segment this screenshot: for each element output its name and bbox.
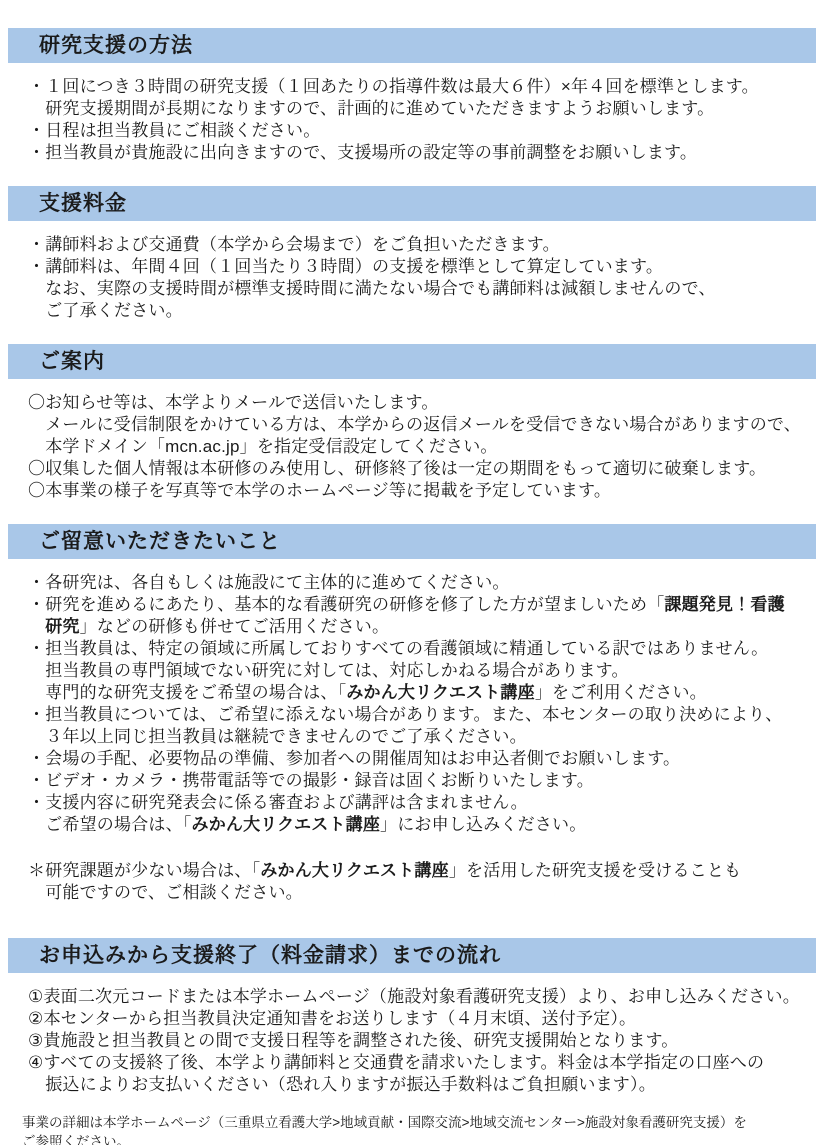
text-segment: 振込によりお支払いください（恐れ入りますが振込手数料はご負担願います）。 bbox=[28, 1075, 656, 1094]
text-segment: なお、実際の支援時間が標準支援時間に満たない場合でも講師料は減額しませんので、 bbox=[28, 279, 716, 298]
text-segment: ①表面二次元コードまたは本学ホームページ（施設対象看護研究支援）より、お申し込み… bbox=[28, 987, 800, 1006]
text-segment: ・支援内容に研究発表会に係る審査および講評は含まれません。 bbox=[28, 793, 528, 812]
bold-text-segment: みかん大リクエスト講座 bbox=[260, 861, 449, 880]
text-segment: 研究支援期間が長期になりますので、計画的に進めていただきますようお願いします。 bbox=[28, 99, 714, 118]
bold-text-segment: 課題発見！看護 bbox=[664, 595, 784, 614]
section-body: ・各研究は、各自もしくは施設にて主体的に進めてください。・研究を進めるにあたり、… bbox=[28, 572, 816, 904]
text-line: ・支援内容に研究発表会に係る審査および講評は含まれません。 bbox=[28, 792, 816, 814]
text-segment: 〇本事業の様子を写真等で本学のホームページ等に掲載を予定しています。 bbox=[28, 481, 611, 500]
text-line: ・担当教員は、特定の領域に所属しておりすべての看護領域に精通している訳ではありま… bbox=[28, 638, 816, 660]
text-line: ・担当教員が貴施設に出向きますので、支援場所の設定等の事前調整をお願いします。 bbox=[28, 142, 816, 164]
section-support-fee: 支援料金 ・講師料および交通費（本学から会場まで）をご負担いただきます。・講師料… bbox=[0, 186, 816, 322]
section-application-flow: お申込みから支援終了（料金請求）までの流れ ①表面二次元コードまたは本学ホームペ… bbox=[0, 938, 816, 1096]
text-segment: ④すべての支援終了後、本学より講師料と交通費を請求いたします。料金は本学指定の口… bbox=[28, 1053, 764, 1072]
text-segment: 可能ですので、ご相談ください。 bbox=[28, 883, 303, 902]
section-points-to-note: ご留意いただきたいこと ・各研究は、各自もしくは施設にて主体的に進めてください。… bbox=[0, 524, 816, 904]
footer-line: 事業の詳細は本学ホームページ（三重県立看護大学>地域貢献・国際交流>地域交流セン… bbox=[22, 1113, 816, 1132]
text-segment: ・１回につき３時間の研究支援（１回あたりの指導件数は最大６件）×年４回を標準とし… bbox=[28, 77, 759, 96]
text-line: 研究支援期間が長期になりますので、計画的に進めていただきますようお願いします。 bbox=[28, 98, 816, 120]
footer-note: 事業の詳細は本学ホームページ（三重県立看護大学>地域貢献・国際交流>地域交流セン… bbox=[22, 1113, 816, 1145]
text-segment: ご希望の場合は、「 bbox=[28, 815, 192, 834]
section-information: ご案内 〇お知らせ等は、本学よりメールで送信いたします。 メールに受信制限をかけ… bbox=[0, 344, 816, 502]
text-line: 〇収集した個人情報は本研修のみ使用し、研修終了後は一定の期間をもって適切に破棄し… bbox=[28, 458, 816, 480]
section-heading-bar: ご案内 bbox=[8, 344, 816, 379]
text-segment: ・講師料および交通費（本学から会場まで）をご負担いただきます。 bbox=[28, 235, 560, 254]
text-line: 担当教員の専門領域でない研究に対しては、対応しかねる場合があります。 bbox=[28, 660, 816, 682]
text-line: ・講師料および交通費（本学から会場まで）をご負担いただきます。 bbox=[28, 234, 816, 256]
text-segment: ・研究を進めるにあたり、基本的な看護研究の研修を修了した方が望ましいため「 bbox=[28, 595, 664, 614]
section-heading: ご留意いただきたいこと bbox=[39, 531, 281, 552]
text-segment: 〇お知らせ等は、本学よりメールで送信いたします。 bbox=[28, 393, 439, 412]
section-research-support-method: 研究支援の方法 ・１回につき３時間の研究支援（１回あたりの指導件数は最大６件）×… bbox=[0, 28, 816, 164]
text-segment: 」などの研修も併せてご活用ください。 bbox=[80, 617, 390, 636]
bold-text-segment: みかん大リクエスト講座 bbox=[346, 683, 535, 702]
text-line: 専門的な研究支援をご希望の場合は、「みかん大リクエスト講座」をご利用ください。 bbox=[28, 682, 816, 704]
text-segment: ・担当教員については、ご希望に添えない場合があります。また、本センターの取り決め… bbox=[28, 705, 782, 724]
text-segment: 〇収集した個人情報は本研修のみ使用し、研修終了後は一定の期間をもって適切に破棄し… bbox=[28, 459, 766, 478]
text-segment: ・各研究は、各自もしくは施設にて主体的に進めてください。 bbox=[28, 573, 510, 592]
text-segment: 」を活用した研究支援を受けることも bbox=[449, 861, 741, 880]
text-line: 本学ドメイン「mcn.ac.jp」を指定受信設定してください。 bbox=[28, 436, 816, 458]
text-segment: 本学ドメイン「mcn.ac.jp」を指定受信設定してください。 bbox=[28, 437, 498, 456]
text-line: なお、実際の支援時間が標準支援時間に満たない場合でも講師料は減額しませんので、 bbox=[28, 278, 816, 300]
text-line: ・講師料は、年間４回（１回当たり３時間）の支援を標準として算定しています。 bbox=[28, 256, 816, 278]
text-segment: ・担当教員は、特定の領域に所属しておりすべての看護領域に精通している訳ではありま… bbox=[28, 639, 768, 658]
section-heading: 研究支援の方法 bbox=[39, 35, 193, 56]
text-line: ②本センターから担当教員決定通知書をお送りします（４月末頃、送付予定）。 bbox=[28, 1008, 816, 1030]
text-segment: ご了承ください。 bbox=[28, 301, 183, 320]
text-segment: 専門的な研究支援をご希望の場合は、「 bbox=[28, 683, 346, 702]
text-segment: ３年以上同じ担当教員は継続できませんのでご了承ください。 bbox=[28, 727, 527, 746]
text-line: ・会場の手配、必要物品の準備、参加者への開催周知はお申込者側でお願いします。 bbox=[28, 748, 816, 770]
section-body: 〇お知らせ等は、本学よりメールで送信いたします。 メールに受信制限をかけている方… bbox=[28, 392, 816, 502]
section-body: ①表面二次元コードまたは本学ホームページ（施設対象看護研究支援）より、お申し込み… bbox=[28, 986, 816, 1096]
section-heading-bar: 支援料金 bbox=[8, 186, 816, 221]
text-segment: メールに受信制限をかけている方は、本学からの返信メールを受信できない場合がありま… bbox=[28, 415, 801, 434]
document-page: 研究支援の方法 ・１回につき３時間の研究支援（１回あたりの指導件数は最大６件）×… bbox=[0, 0, 816, 1145]
section-heading-bar: ご留意いただきたいこと bbox=[8, 524, 816, 559]
text-line: ③貴施設と担当教員との間で支援日程等を調整された後、研究支援開始となります。 bbox=[28, 1030, 816, 1052]
text-line: ご希望の場合は、「みかん大リクエスト講座」にお申し込みください。 bbox=[28, 814, 816, 836]
section-body: ・１回につき３時間の研究支援（１回あたりの指導件数は最大６件）×年４回を標準とし… bbox=[28, 76, 816, 164]
text-line: ３年以上同じ担当教員は継続できませんのでご了承ください。 bbox=[28, 726, 816, 748]
footer-line: ご参照ください。 bbox=[22, 1132, 816, 1145]
text-line: ・担当教員については、ご希望に添えない場合があります。また、本センターの取り決め… bbox=[28, 704, 816, 726]
text-segment: ・講師料は、年間４回（１回当たり３時間）の支援を標準として算定しています。 bbox=[28, 257, 663, 276]
section-heading: 支援料金 bbox=[39, 193, 127, 214]
text-line: 可能ですので、ご相談ください。 bbox=[28, 882, 816, 904]
text-segment: ＊研究課題が少ない場合は、「 bbox=[28, 861, 260, 880]
section-heading-bar: 研究支援の方法 bbox=[8, 28, 816, 63]
text-segment: 」をご利用ください。 bbox=[535, 683, 707, 702]
text-line: メールに受信制限をかけている方は、本学からの返信メールを受信できない場合がありま… bbox=[28, 414, 816, 436]
text-line: 〇お知らせ等は、本学よりメールで送信いたします。 bbox=[28, 392, 816, 414]
text-segment: 担当教員の専門領域でない研究に対しては、対応しかねる場合があります。 bbox=[28, 661, 629, 680]
text-segment: ・会場の手配、必要物品の準備、参加者への開催周知はお申込者側でお願いします。 bbox=[28, 749, 680, 768]
text-line: ・日程は担当教員にご相談ください。 bbox=[28, 120, 816, 142]
text-line: ・１回につき３時間の研究支援（１回あたりの指導件数は最大６件）×年４回を標準とし… bbox=[28, 76, 816, 98]
text-line: ・ビデオ・カメラ・携帯電話等での撮影・録音は固くお断りいたします。 bbox=[28, 770, 816, 792]
text-segment: ②本センターから担当教員決定通知書をお送りします（４月末頃、送付予定）。 bbox=[28, 1009, 636, 1028]
text-line: 振込によりお支払いください（恐れ入りますが振込手数料はご負担願います）。 bbox=[28, 1074, 816, 1096]
text-segment: ・担当教員が貴施設に出向きますので、支援場所の設定等の事前調整をお願いします。 bbox=[28, 143, 697, 162]
text-segment: ・ビデオ・カメラ・携帯電話等での撮影・録音は固くお断りいたします。 bbox=[28, 771, 594, 790]
text-segment: 」にお申し込みください。 bbox=[380, 815, 586, 834]
text-segment: ・日程は担当教員にご相談ください。 bbox=[28, 121, 320, 140]
text-line: ＊研究課題が少ない場合は、「みかん大リクエスト講座」を活用した研究支援を受けるこ… bbox=[28, 860, 816, 882]
section-heading-bar: お申込みから支援終了（料金請求）までの流れ bbox=[8, 938, 816, 973]
text-line: ・研究を進めるにあたり、基本的な看護研究の研修を修了した方が望ましいため「課題発… bbox=[28, 594, 816, 616]
text-line: ・各研究は、各自もしくは施設にて主体的に進めてください。 bbox=[28, 572, 816, 594]
section-body: ・講師料および交通費（本学から会場まで）をご負担いただきます。・講師料は、年間４… bbox=[28, 234, 816, 322]
text-line: ①表面二次元コードまたは本学ホームページ（施設対象看護研究支援）より、お申し込み… bbox=[28, 986, 816, 1008]
bold-text-segment: 研究 bbox=[45, 617, 79, 636]
section-heading: ご案内 bbox=[39, 351, 105, 372]
section-heading: お申込みから支援終了（料金請求）までの流れ bbox=[39, 945, 501, 966]
text-segment bbox=[28, 617, 45, 636]
bold-text-segment: みかん大リクエスト講座 bbox=[192, 815, 381, 834]
text-segment: ③貴施設と担当教員との間で支援日程等を調整された後、研究支援開始となります。 bbox=[28, 1031, 678, 1050]
text-line: 〇本事業の様子を写真等で本学のホームページ等に掲載を予定しています。 bbox=[28, 480, 816, 502]
text-line: ④すべての支援終了後、本学より講師料と交通費を請求いたします。料金は本学指定の口… bbox=[28, 1052, 816, 1074]
text-line: 研究」などの研修も併せてご活用ください。 bbox=[28, 616, 816, 638]
text-line: ご了承ください。 bbox=[28, 300, 816, 322]
